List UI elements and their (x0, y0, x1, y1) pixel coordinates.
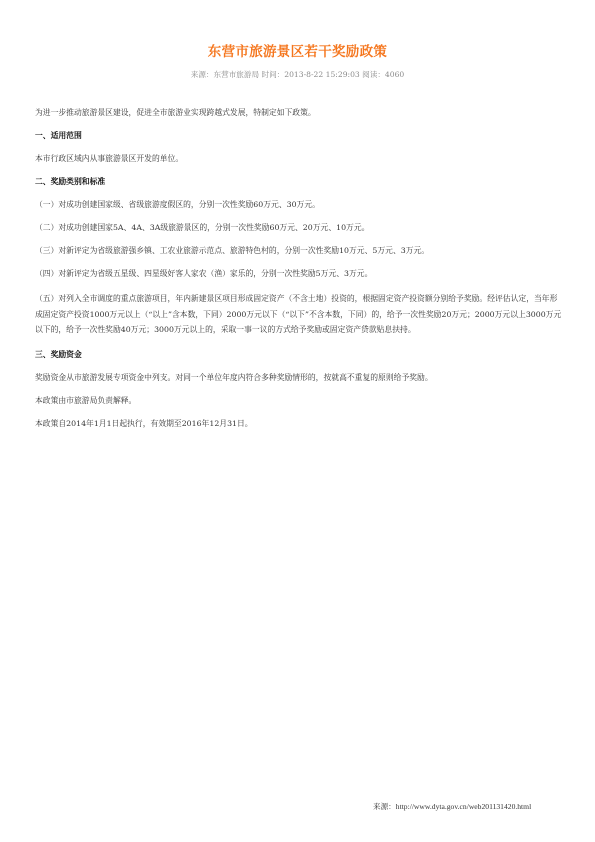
section-heading-scope: 一、适用范围 (35, 130, 565, 142)
reward-item-2: （二）对成功创建国家5A、4A、3A级旅游景区的，分别一次性奖励60万元、20万… (35, 222, 565, 234)
reward-item-4: （四）对新评定为省级五星级、四星级好客人家农（渔）家乐的，分别一次性奖励5万元、… (35, 268, 565, 280)
section-heading-reward-categories: 二、奖励类别和标准 (35, 176, 565, 188)
interpretation-paragraph: 本政策由市旅游局负责解释。 (35, 395, 565, 407)
intro-paragraph: 为进一步推动旅游景区建设，促进全市旅游业实现跨越式发展，特制定如下政策。 (35, 107, 565, 119)
reward-item-5: （五）对列入全市调度的重点旅游项目，年内新建景区项目形成固定资产（不含土地）投资… (35, 291, 565, 338)
page-title: 东营市旅游景区若干奖励政策 (0, 40, 595, 60)
article-meta: 来源：东营市旅游局 时间：2013-8-22 15:29:03 阅读：4060 (0, 69, 595, 80)
scope-paragraph: 本市行政区域内从事旅游景区开发的单位。 (35, 153, 565, 165)
funds-paragraph: 奖励资金从市旅游发展专项资金中列支。对同一个单位年度内符合多种奖励情形的，按就高… (35, 372, 565, 384)
footer-source-label: 来源： (373, 802, 396, 811)
reward-item-1: （一）对成功创建国家级、省级旅游度假区的，分别一次性奖励60万元、30万元。 (35, 199, 565, 211)
article-body: 为进一步推动旅游景区建设，促进全市旅游业实现跨越式发展，特制定如下政策。 一、适… (35, 107, 565, 441)
footer-source-url[interactable]: http://www.dyta.gov.cn/web201131420.html (396, 802, 531, 811)
section-heading-reward-funds: 三、奖励资金 (35, 349, 565, 361)
validity-paragraph: 本政策自2014年1月1日起执行，有效期至2016年12月31日。 (35, 418, 565, 430)
source-footer: 来源：http://www.dyta.gov.cn/web201131420.h… (373, 801, 531, 812)
reward-item-3: （三）对新评定为省级旅游强乡镇、工农业旅游示范点、旅游特色村的，分别一次性奖励1… (35, 245, 565, 257)
